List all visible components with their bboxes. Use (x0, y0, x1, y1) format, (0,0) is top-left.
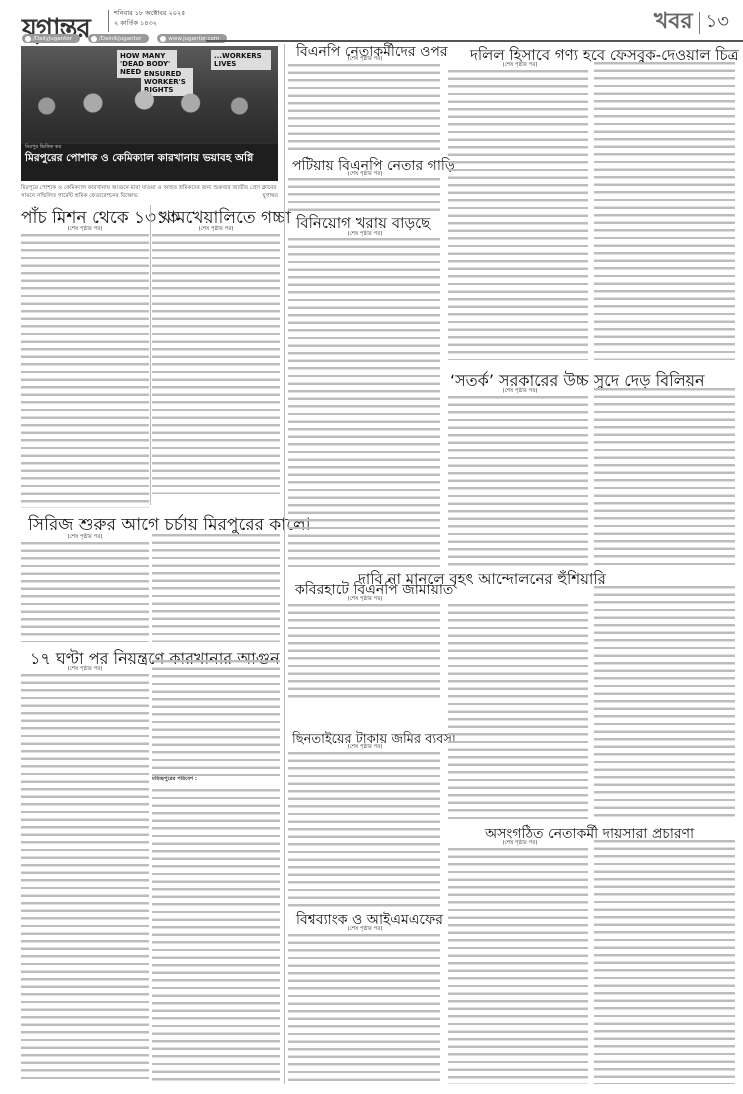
globe-icon (160, 36, 166, 42)
continued-label: (শেষ পৃষ্ঠার পর) (290, 744, 440, 752)
column-divider (284, 44, 285, 1084)
protest-banner: মিরপুর ভিত্তিক কর মিরপুরের পোশাক ও কেমিক… (21, 144, 278, 181)
article-body (288, 64, 440, 152)
section-divider (699, 12, 700, 34)
photo-caption: মিরপুরে পোশাক ও কেমিক্যাল কারখানায় আগুন… (21, 184, 278, 200)
lead-photo: HOW MANY 'DEAD BODY' NEED TO ... ENSURED… (21, 46, 278, 181)
article-body (21, 542, 149, 642)
photo-credit: যুগান্তর (263, 192, 278, 200)
continued-label: (শেষ পৃষ্ঠার পর) (290, 596, 440, 604)
twitter-icon (91, 36, 97, 42)
article-body (594, 586, 735, 820)
continued-label: (শেষ পৃষ্ঠার পর) (21, 666, 149, 674)
protesters (21, 76, 278, 136)
article-body (448, 848, 588, 1084)
section-header: খবর ১৩ (654, 4, 729, 41)
continued-label: (শেষ পৃষ্ঠার পর) (21, 534, 149, 542)
article-body (594, 840, 735, 1084)
date-gregorian: শনিবার ১৮ অক্টোবর ২০২৫ (114, 8, 185, 18)
headline[interactable]: দাবি না মানলে বৃহৎ আন্দোলনের হুঁশিয়ারি (358, 568, 606, 593)
section-name: খবর (654, 4, 693, 41)
article-body (152, 234, 280, 494)
continued-label: (শেষ পৃষ্ঠার পর) (450, 388, 590, 396)
article-body (288, 752, 440, 908)
banner-text: মিরপুরের পোশাক ও কেমিক্যাল কারখানায় ভয়… (25, 151, 253, 168)
facebook-icon (25, 36, 31, 42)
dateline: শনিবার ১৮ অক্টোবর ২০২৫ ২ কার্তিক ১৪৩২ (114, 8, 185, 28)
continued-label: (শেষ পৃষ্ঠার পর) (21, 226, 149, 234)
continued-label: (শেষ পৃষ্ঠার পর) (450, 62, 590, 70)
article-body (152, 660, 280, 1084)
social-links: /Dailyjugantor /DainikJugantor www.jugan… (22, 34, 227, 43)
article-body (448, 604, 588, 820)
continued-label: (শেষ পৃষ্ঠার পর) (152, 226, 280, 234)
article-body (152, 534, 280, 642)
continued-label: (শেষ পৃষ্ঠার পর) (450, 840, 590, 848)
article-body (594, 62, 735, 360)
logo-divider (108, 10, 109, 32)
continued-label: (শেষ পৃষ্ঠার পর) (290, 56, 440, 64)
continued-label: (শেষ পৃষ্ঠার পর) (290, 926, 440, 934)
placard: ...WORKERS LIVES (211, 50, 271, 70)
social-link-twitter[interactable]: /DainikJugantor (88, 34, 149, 43)
article-body (448, 70, 588, 360)
article-body (21, 234, 149, 508)
article-body (288, 934, 440, 1084)
article-body (594, 388, 735, 568)
article-body (21, 674, 149, 1084)
column-divider (150, 205, 151, 505)
date-bengali: ২ কার্তিক ১৪৩২ (114, 18, 185, 28)
article-body (288, 178, 440, 212)
article-body (288, 604, 440, 700)
social-link-facebook[interactable]: /Dailyjugantor (22, 34, 80, 43)
subhead: মরিচ্ছপুরের পরিবেশ : (152, 776, 280, 784)
article-body (448, 396, 588, 568)
page-number: ১৩ (706, 7, 729, 38)
article-body (288, 238, 440, 568)
